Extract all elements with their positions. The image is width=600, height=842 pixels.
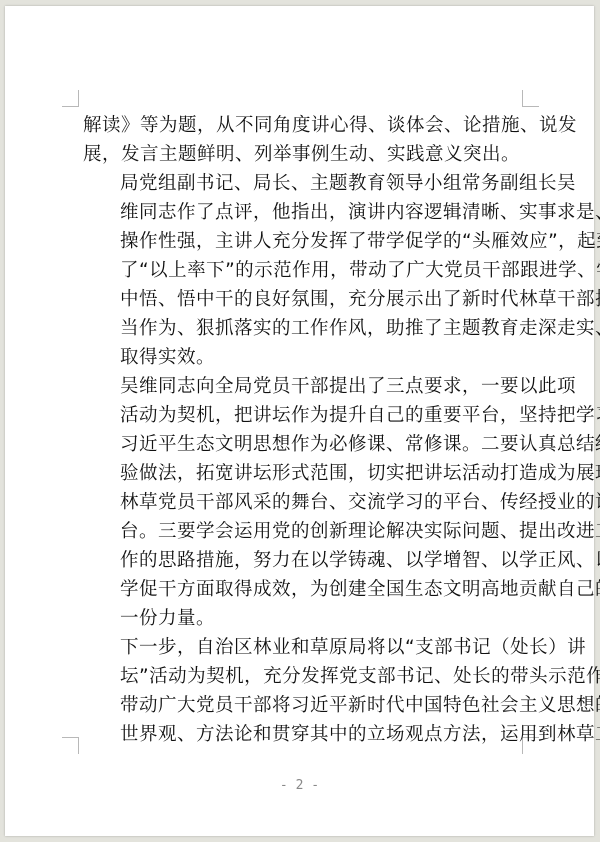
text-line: 中悟、悟中干的良好氛围，充分展示出了新时代林草干部担 [83, 285, 523, 314]
text-line: 世界观、方法论和贯穿其中的立场观点方法，运用到林草工 [83, 720, 523, 749]
text-line: 局党组副书记、局长、主题教育领导小组常务副组长吴 [83, 169, 523, 198]
paragraph-3: 吴维同志向全局党员干部提出了三点要求，一要以此项 活动为契机，把讲坛作为提升自己… [83, 372, 523, 633]
text-line: 学促干方面取得成效，为创建全国生态文明高地贡献自己的 [83, 575, 523, 604]
paragraph-1: 解读》等为题，从不同角度讲心得、谈体会、论措施、说发 展，发言主题鲜明、列举事例… [83, 111, 523, 169]
crop-mark-top-right [522, 90, 539, 107]
text-line: 展，发言主题鲜明、列举事例生动、实践意义突出。 [83, 140, 523, 169]
text-line: 活动为契机，把讲坛作为提升自己的重要平台，坚持把学习 [83, 401, 523, 430]
text-line: 作的思路措施，努力在以学铸魂、以学增智、以学正风、以 [83, 546, 523, 575]
text-line: 取得实效。 [83, 343, 523, 372]
crop-mark-bottom-left [62, 737, 79, 754]
text-line: 台。三要学会运用党的创新理论解决实际问题、提出改进工 [83, 517, 523, 546]
text-line: 带动广大党员干部将习近平新时代中国特色社会主义思想的 [83, 691, 523, 720]
document-page: 解读》等为题，从不同角度讲心得、谈体会、论措施、说发 展，发言主题鲜明、列举事例… [5, 6, 594, 836]
text-line: 当作为、狠抓落实的工作作风，助推了主题教育走深走实、 [83, 314, 523, 343]
paragraph-4: 下一步，自治区林业和草原局将以“支部书记（处长）讲 坛”活动为契机，充分发挥党支… [83, 633, 523, 749]
text-line: 了“以上率下”的示范作用，带动了广大党员干部跟进学、学 [83, 256, 523, 285]
text-line: 解读》等为题，从不同角度讲心得、谈体会、论措施、说发 [83, 111, 523, 140]
crop-mark-top-left [62, 90, 79, 107]
paragraph-2: 局党组副书记、局长、主题教育领导小组常务副组长吴 维同志作了点评，他指出，演讲内… [83, 169, 523, 372]
text-line: 一份力量。 [83, 604, 523, 633]
text-line: 维同志作了点评，他指出，演讲内容逻辑清晰、实事求是、 [83, 198, 523, 227]
text-line: 坛”活动为契机，充分发挥党支部书记、处长的带头示范作用， [83, 662, 523, 691]
text-line: 林草党员干部风采的舞台、交流学习的平台、传经授业的讲 [83, 488, 523, 517]
text-line: 习近平生态文明思想作为必修课、常修课。二要认真总结经 [83, 430, 523, 459]
text-line: 验做法，拓宽讲坛形式范围，切实把讲坛活动打造成为展现 [83, 459, 523, 488]
text-line: 吴维同志向全局党员干部提出了三点要求，一要以此项 [83, 372, 523, 401]
text-line: 操作性强，主讲人充分发挥了带学促学的“头雁效应”，起到 [83, 227, 523, 256]
document-body: 解读》等为题，从不同角度讲心得、谈体会、论措施、说发 展，发言主题鲜明、列举事例… [83, 111, 523, 749]
page-number: - 2 - [5, 778, 594, 793]
text-line: 下一步，自治区林业和草原局将以“支部书记（处长）讲 [83, 633, 523, 662]
